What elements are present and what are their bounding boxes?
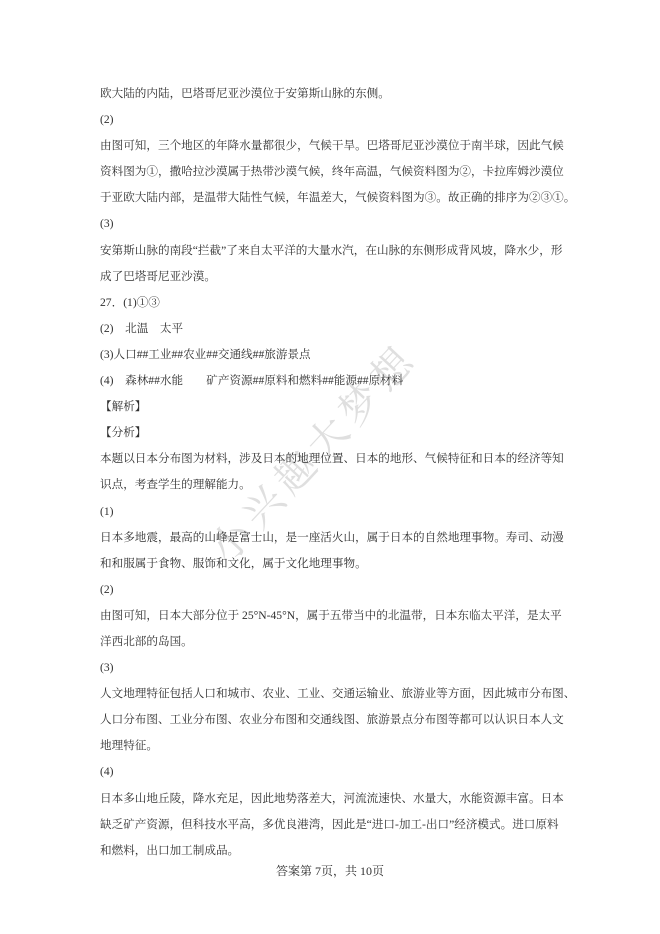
text-line: (2) [100,107,565,133]
text-line: (2) [100,577,565,603]
text-line: 日本多山地丘陵，降水充足，因此地势落差大，河流流速快、水量大，水能资源丰富。日本 [100,786,565,812]
text-line: 【解析】 [100,394,565,420]
text-line: (3) [100,211,565,237]
text-line: (4) 森林##水能 矿产资源##原料和燃料##能源##原材料 [100,368,565,394]
text-line: 于亚欧大陆内部，是温带大陆性气候，年温差大，气候资料图为③。故正确的排序为②③①… [100,185,565,211]
text-line: 缺乏矿产资源，但科技水平高，多优良港湾，因此是“进口-加工-出口”经济模式。进口… [100,812,565,838]
document-body: 欧大陆的内陆，巴塔哥尼亚沙漠位于安第斯山脉的东侧。(2)由图可知，三个地区的年降… [100,81,565,864]
text-line: (4) [100,759,565,785]
document-page: 小兴趣大梦想 欧大陆的内陆，巴塔哥尼亚沙漠位于安第斯山脉的东侧。(2)由图可知，… [0,0,660,934]
text-line: 人口分布图、工业分布图、农业分布图和交通线图、旅游景点分布图等都可以认识日本人文 [100,707,565,733]
text-line: (2) 北温 太平 [100,316,565,342]
page-footer: 答案第 7页，共 10页 [0,858,660,884]
text-line: 本题以日本分布图为材料，涉及日本的地理位置、日本的地形、气候特征和日本的经济等知 [100,446,565,472]
text-line: 安第斯山脉的南段“拦截”了来自太平洋的大量水汽，在山脉的东侧形成背风坡，降水少，… [100,238,565,264]
text-line: 洋西北部的岛国。 [100,629,565,655]
text-line: 成了巴塔哥尼亚沙漠。 [100,264,565,290]
text-line: 识点，考查学生的理解能力。 [100,472,565,498]
text-line: 人文地理特征包括人口和城市、农业、工业、交通运输业、旅游业等方面，因此城市分布图… [100,681,565,707]
text-line: 【分析】 [100,420,565,446]
text-line: (1) [100,499,565,525]
text-line: 资料图为①，撒哈拉沙漠属于热带沙漠气候，终年高温，气候资料图为②，卡拉库姆沙漠位 [100,159,565,185]
text-line: 欧大陆的内陆，巴塔哥尼亚沙漠位于安第斯山脉的东侧。 [100,81,565,107]
text-line: 日本多地震，最高的山峰是富士山，是一座活火山，属于日本的自然地理事物。寿司、动漫 [100,525,565,551]
text-line: 和和服属于食物、服饰和文化，属于文化地理事物。 [100,551,565,577]
text-line: (3) [100,655,565,681]
text-line: 27．(1)①③ [100,290,565,316]
text-line: (3)人口##工业##农业##交通线##旅游景点 [100,342,565,368]
text-line: 地理特征。 [100,733,565,759]
text-line: 由图可知，三个地区的年降水量都很少，气候干旱。巴塔哥尼亚沙漠位于南半球，因此气候 [100,133,565,159]
text-line: 由图可知，日本大部分位于 25°N-45°N，属于五带当中的北温带，日本东临太平… [100,603,565,629]
